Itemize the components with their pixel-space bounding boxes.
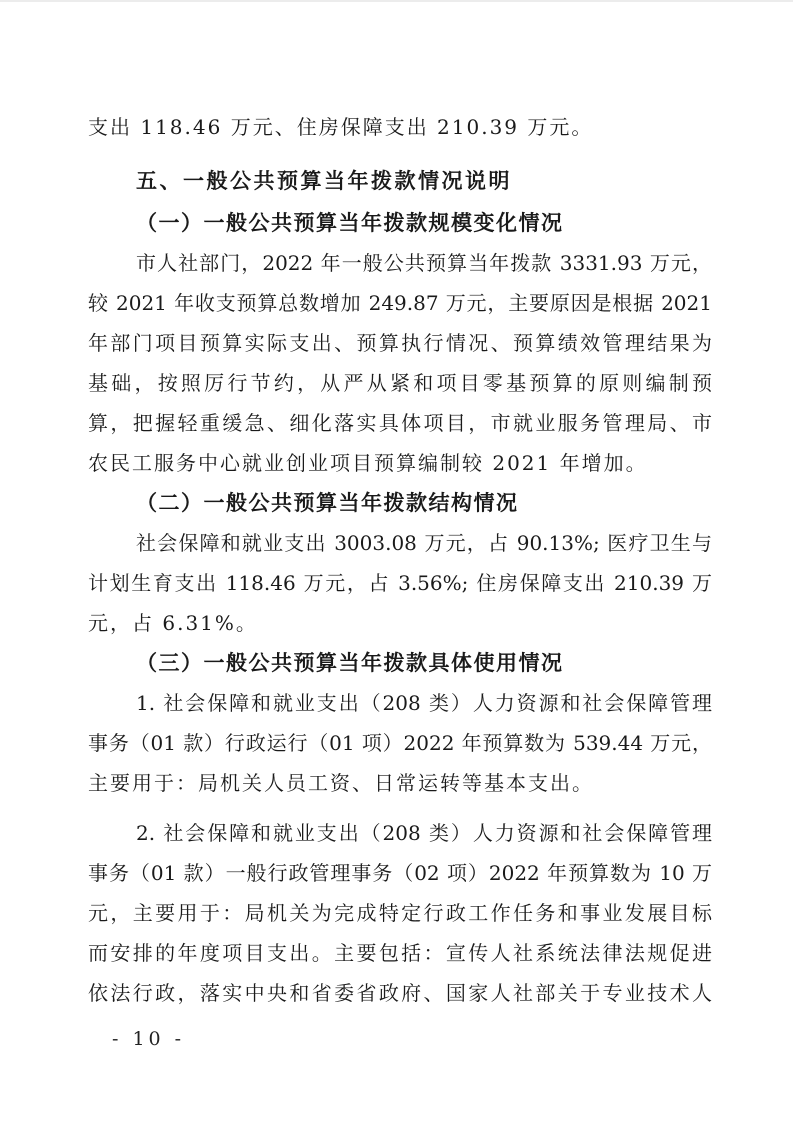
paragraph-line: 年部门项目预算实际支出、预算执行情况、预算绩效管理结果为 xyxy=(88,323,712,363)
paragraph-line: 算，把握轻重缓急、细化落实具体项目，市就业服务管理局、市 xyxy=(88,403,712,443)
paragraph-line: 计划生育支出 118.46 万元，占 3.56%; 住房保障支出 210.39 … xyxy=(88,563,712,603)
document-body: 支出 118.46 万元、住房保障支出 210.39 万元。 五、一般公共预算当… xyxy=(88,107,712,1013)
paragraph-line: 基础，按照厉行节约，从严从紧和项目零基预算的原则编制预 xyxy=(88,363,712,403)
paragraph-line: 元，占 6.31%。 xyxy=(88,603,712,643)
subsection-heading-1: （一）一般公共预算当年拨款规模变化情况 xyxy=(88,203,712,243)
section-heading: 五、一般公共预算当年拨款情况说明 xyxy=(88,161,712,201)
paragraph-line: 主要用于：局机关人员工资、日常运转等基本支出。 xyxy=(88,763,712,803)
paragraph-line: 较 2021 年收支预算总数增加 249.87 万元，主要原因是根据 2021 xyxy=(88,283,712,323)
subsection-heading-3: （三）一般公共预算当年拨款具体使用情况 xyxy=(88,643,712,683)
paragraph-line: 社会保障和就业支出 3003.08 万元，占 90.13%; 医疗卫生与 xyxy=(88,523,712,563)
paragraph-line: 农民工服务中心就业创业项目预算编制较 2021 年增加。 xyxy=(88,443,712,483)
document-page: 支出 118.46 万元、住房保障支出 210.39 万元。 五、一般公共预算当… xyxy=(0,0,793,1124)
paragraph-line: 1. 社会保障和就业支出（208 类）人力资源和社会保障管理 xyxy=(88,683,712,723)
paragraph-line: 市人社部门，2022 年一般公共预算当年拨款 3331.93 万元， xyxy=(88,243,712,283)
paragraph-line: 依法行政，落实中央和省委省政府、国家人社部关于专业技术人 xyxy=(88,973,712,1013)
page-number: - 10 - xyxy=(112,1024,185,1054)
subsection-heading-2: （二）一般公共预算当年拨款结构情况 xyxy=(88,483,712,523)
continued-paragraph-line: 支出 118.46 万元、住房保障支出 210.39 万元。 xyxy=(88,107,712,147)
paragraph-line: 事务（01 款）行政运行（01 项）2022 年预算数为 539.44 万元， xyxy=(88,723,712,763)
paragraph-line: 而安排的年度项目支出。主要包括：宣传人社系统法律法规促进 xyxy=(88,933,712,973)
paragraph-line: 事务（01 款）一般行政管理事务（02 项）2022 年预算数为 10 万 xyxy=(88,853,712,893)
paragraph-line: 元，主要用于：局机关为完成特定行政工作任务和事业发展目标 xyxy=(88,893,712,933)
paragraph-line: 2. 社会保障和就业支出（208 类）人力资源和社会保障管理 xyxy=(88,813,712,853)
